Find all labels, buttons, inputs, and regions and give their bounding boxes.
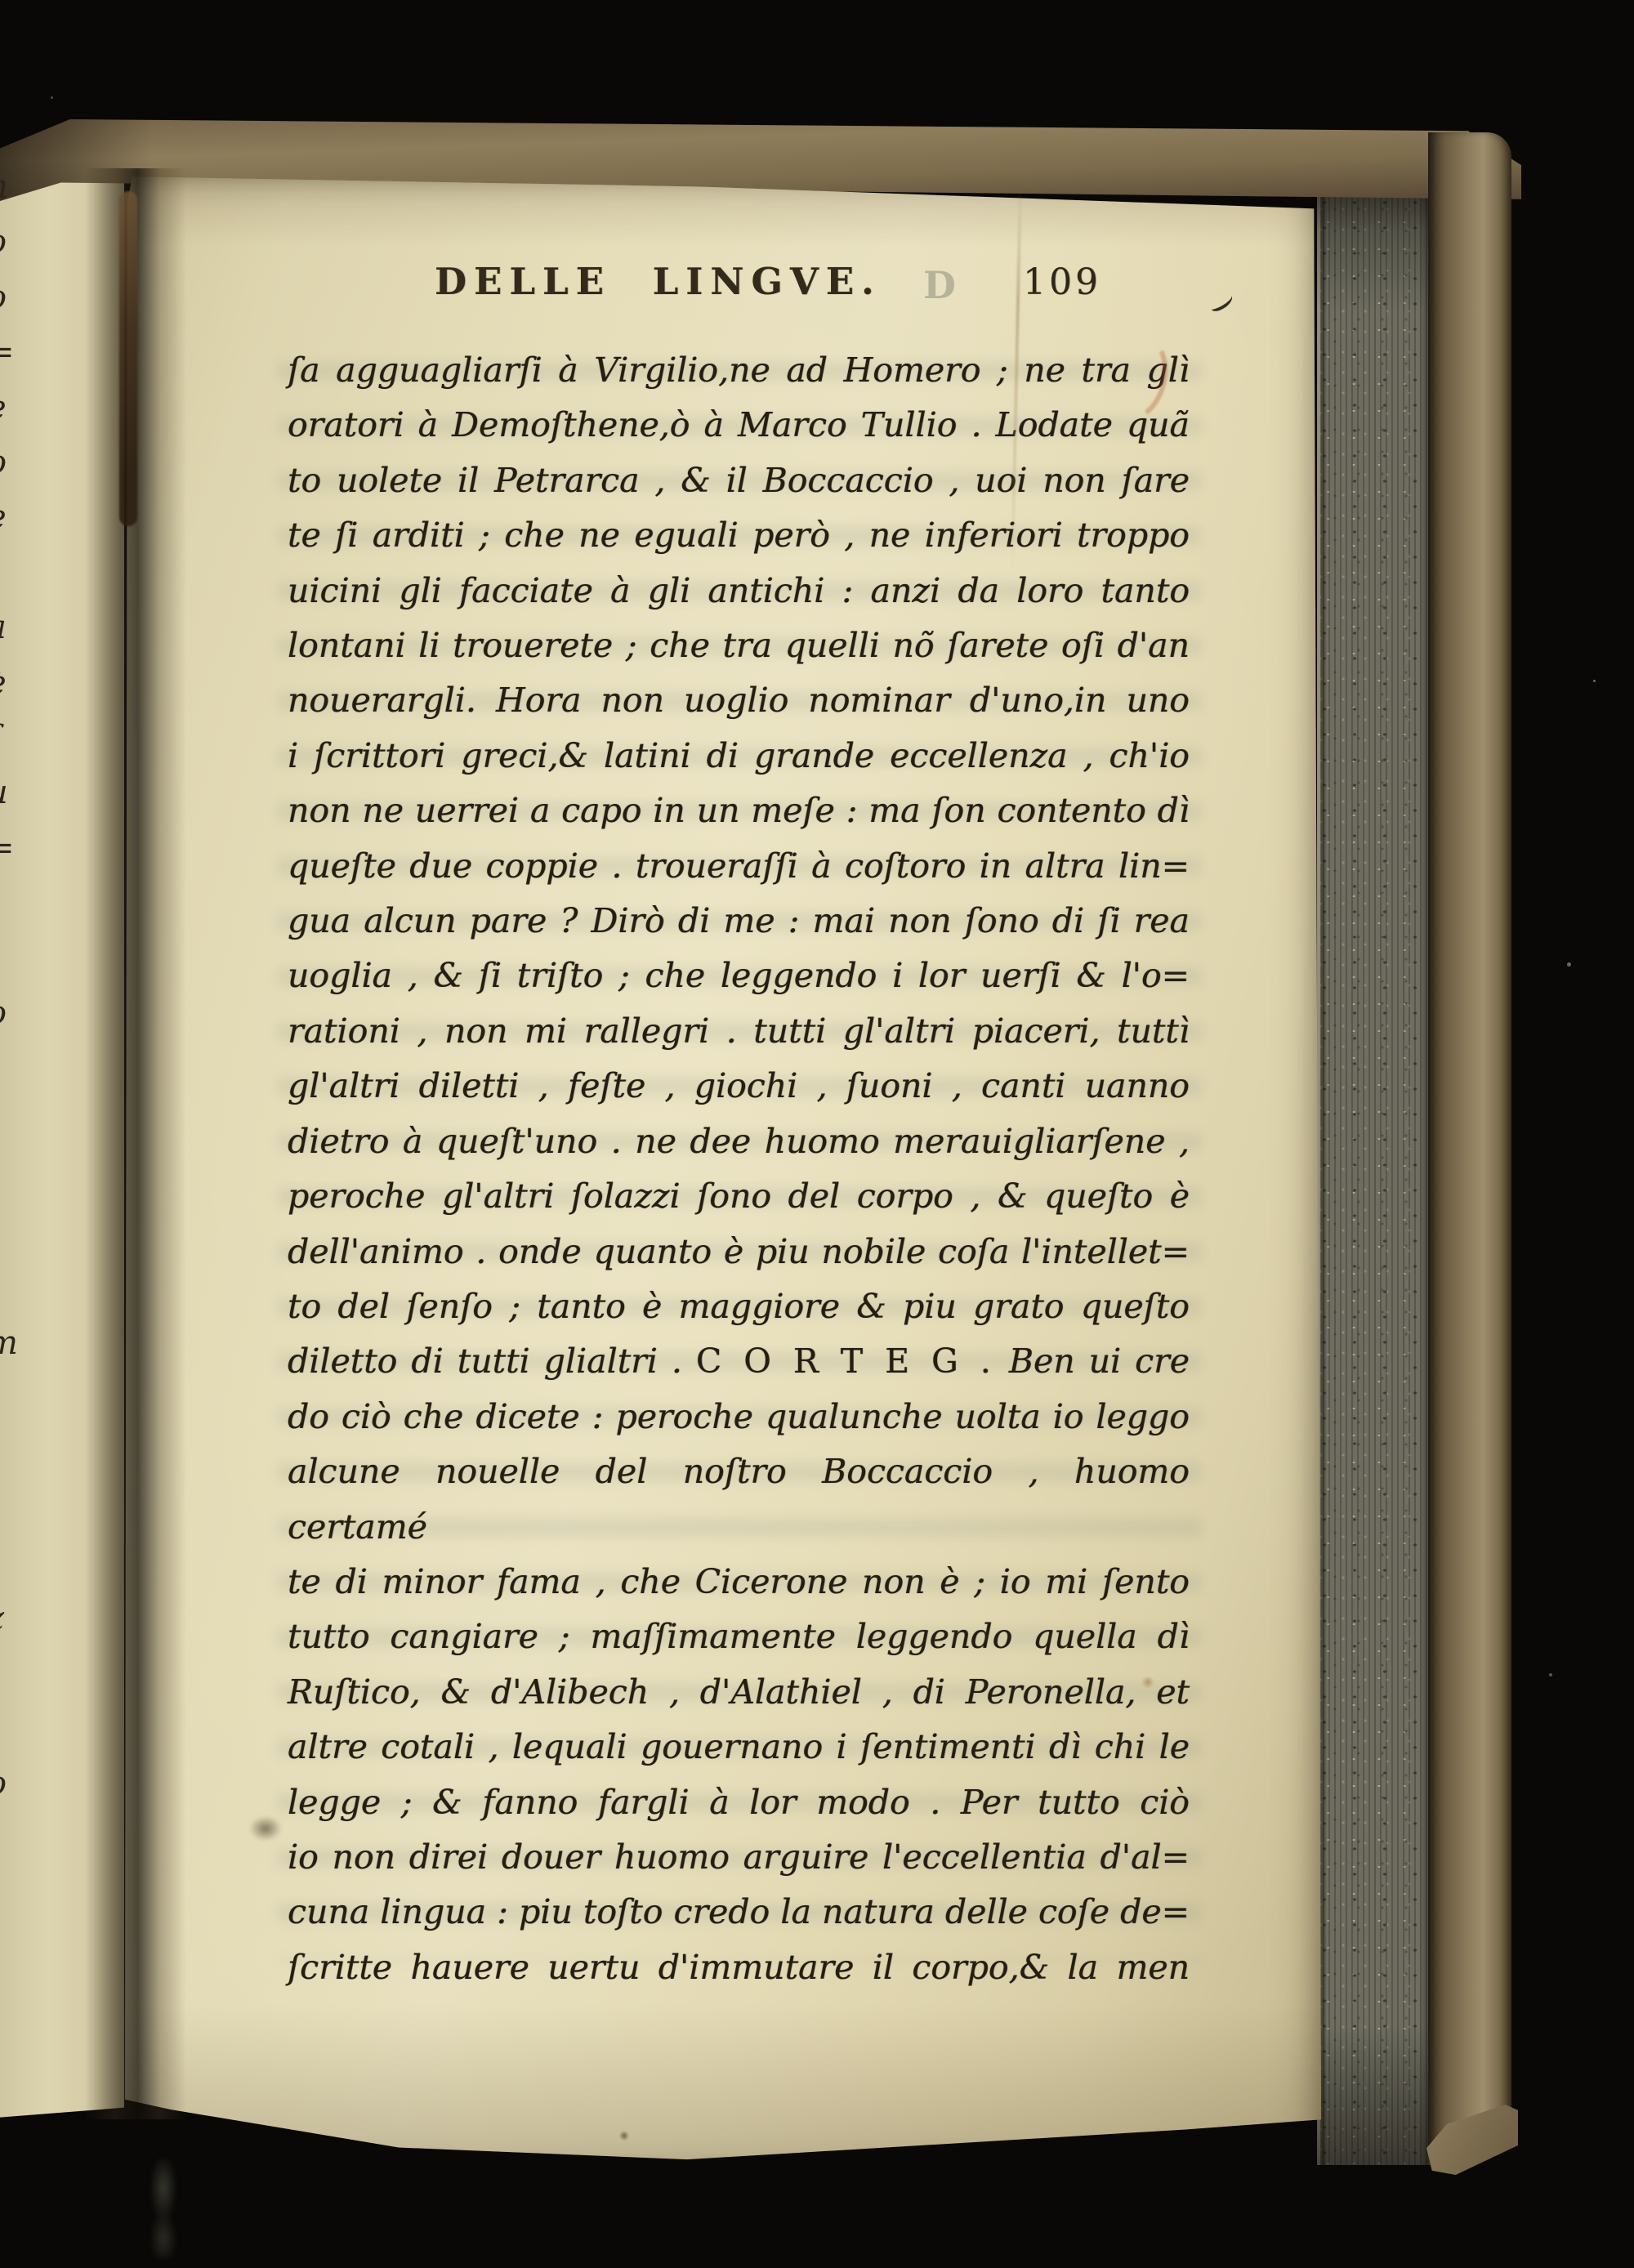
fragment-glyph <box>0 1702 39 1757</box>
text-line: uoglia , & ſi triſto ; che leggendo i lo… <box>288 949 1190 1003</box>
fragment-glyph <box>0 1537 39 1592</box>
fragment-glyph <box>0 876 39 931</box>
text-line: nouerargli. Hora non uoglio nominar d'un… <box>288 673 1190 728</box>
text-line: do ciò che dicete : peroche qualunche uo… <box>288 1390 1190 1444</box>
gutter-fold <box>119 191 137 526</box>
fragment-glyph <box>0 1151 39 1206</box>
fragment-glyph <box>0 1867 39 1922</box>
text-line: non ne uerrei a capo in un meſe : ma ſon… <box>288 784 1190 838</box>
text-line: altre cotali , lequali gouernano i ſenti… <box>288 1720 1190 1775</box>
text-line: gua alcun pare ? Dirò di me : mai non ſo… <box>288 894 1190 949</box>
text-line: cuna lingua : piu toſto credo la natura … <box>288 1885 1190 1940</box>
text-line: io non direi douer huomo arguire l'eccel… <box>288 1830 1190 1885</box>
fragment-glyph: o <box>0 435 39 490</box>
photographed-book-scan: noo=eoeiaèſu=o-mzioi DELLE LINGVE. D 109… <box>0 0 1634 2268</box>
text-line: peroche gl'altri ſolazzi ſono del corpo … <box>288 1169 1190 1224</box>
scan-smudge <box>144 2159 183 2258</box>
text-line-with-speaker: diletto di tutti glialtri . C O R T E G … <box>288 1334 1190 1389</box>
fragment-glyph: è <box>0 656 39 711</box>
fragment-glyph <box>0 1041 39 1096</box>
text-segment: diletto di tutti glialtri . <box>288 1342 696 1381</box>
text-line: queſte due coppie . troueraſſi à coſtoro… <box>288 839 1190 894</box>
fragment-glyph: o <box>0 986 39 1041</box>
page-header: DELLE LINGVE. D 109 <box>288 260 1190 314</box>
fragment-glyph: a <box>0 600 39 655</box>
stain-spot <box>619 2131 629 2141</box>
body-text: ſa agguagliarſi à Virgilio,ne ad Homero … <box>288 343 1190 1995</box>
text-line: alcune nouelle del noſtro Boccaccio , hu… <box>288 1444 1190 1555</box>
fragment-glyph <box>0 1372 39 1426</box>
ink-blot <box>242 1810 289 1846</box>
text-line: dietro à queſt'uno . ne dee huomo meraui… <box>288 1114 1190 1169</box>
fragment-glyph <box>0 931 39 985</box>
fragment-glyph: e <box>0 381 39 435</box>
page-block-fore-edge <box>1317 172 1433 2165</box>
text-line: te di minor fama , che Cicerone non è ; … <box>288 1555 1190 1609</box>
text-line: i ſcrittori greci,& latini di grande ecc… <box>288 729 1190 784</box>
fragment-glyph: i <box>0 546 39 600</box>
fragment-glyph: - <box>0 1261 39 1316</box>
text-line: oratori à Demoſthene,ò à Marco Tullio . … <box>288 398 1190 453</box>
facing-page-text-fragments: noo=eoeiaèſu=o-mzioi <box>0 160 39 1922</box>
fragment-glyph: ſ <box>0 711 39 766</box>
fragment-glyph: = <box>0 821 39 876</box>
running-title: DELLE LINGVE. <box>435 260 882 303</box>
text-line: dell'animo . onde quanto è piu nobile co… <box>288 1225 1190 1279</box>
text-line: to del ſenſo ; tanto è maggiore & piu gr… <box>288 1279 1190 1334</box>
text-line: uicini gli facciate à gli antichi : anzi… <box>288 564 1190 618</box>
dust-speck <box>1567 962 1571 967</box>
text-line: tutto cangiare ; maſſimamente leggendo q… <box>288 1609 1190 1664</box>
fragment-glyph <box>0 1206 39 1261</box>
page-number: 109 <box>1023 261 1101 303</box>
text-line: ſcritte hauere uertu d'immutare il corpo… <box>288 1940 1190 1995</box>
fragment-glyph: o <box>0 215 39 270</box>
text-segment: Ben ui cre <box>995 1342 1190 1381</box>
text-line: ſa agguagliarſi à Virgilio,ne ad Homero … <box>288 343 1190 398</box>
text-line: rationi , non mi rallegri . tutti gl'alt… <box>288 1004 1190 1059</box>
fragment-glyph <box>0 1426 39 1481</box>
fragment-glyph: e <box>0 490 39 545</box>
stain-spot <box>1141 1676 1155 1688</box>
book-cover-right-edge <box>1428 132 1511 2149</box>
fragment-glyph <box>0 1481 39 1536</box>
text-line: to uolete il Petrarca , & il Boccaccio ,… <box>288 453 1190 508</box>
fragment-glyph <box>0 1096 39 1151</box>
fragment-glyph: = <box>0 325 39 380</box>
text-line: legge ; & fanno fargli à lor modo . Per … <box>288 1775 1190 1830</box>
fragment-glyph: i <box>0 1647 39 1702</box>
fragment-glyph: i <box>0 1812 39 1867</box>
fragment-glyph: n <box>0 160 39 215</box>
fragment-glyph: u <box>0 766 39 820</box>
speaker-label: C O R T E G . <box>696 1342 995 1381</box>
text-line: lontani li trouerete ; che tra quelli nõ… <box>288 618 1190 673</box>
text-line: gl'altri diletti , feſte , giochi , ſuon… <box>288 1059 1190 1114</box>
fragment-glyph: o <box>0 270 39 325</box>
dust-speck <box>1549 1673 1552 1676</box>
show-through-ghost-letter: D <box>923 263 956 307</box>
dust-speck <box>51 96 53 99</box>
fragment-glyph: z <box>0 1592 39 1646</box>
fragment-glyph: o <box>0 1757 39 1811</box>
fragment-glyph: m <box>0 1316 39 1371</box>
dust-speck <box>1593 680 1596 682</box>
text-line: Ruſtico, & d'Alibech , d'Alathiel , di P… <box>288 1665 1190 1720</box>
text-line: te ſi arditi ; che ne eguali però , ne i… <box>288 508 1190 563</box>
